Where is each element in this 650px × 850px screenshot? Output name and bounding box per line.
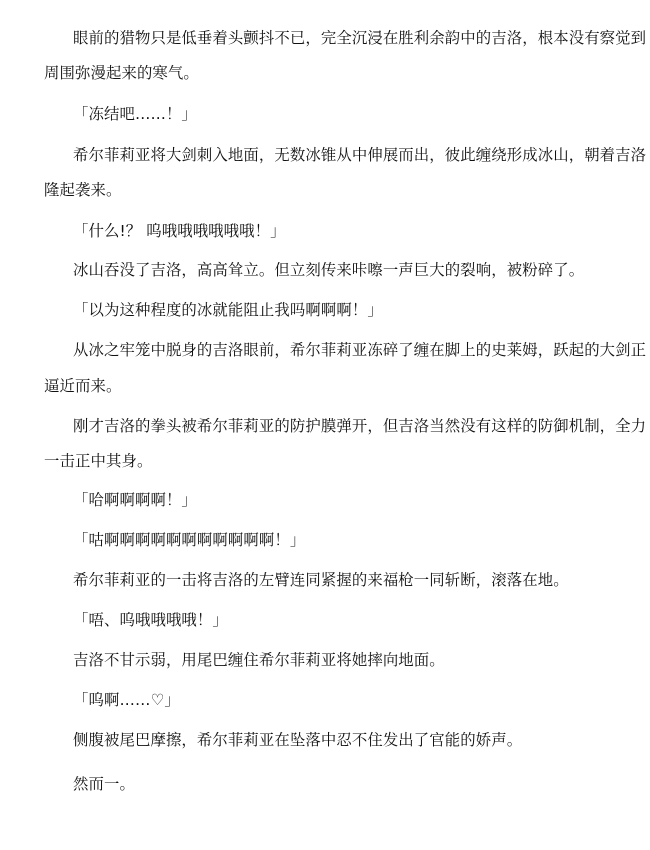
dialogue-line: 「什么!？ 呜哦哦哦哦哦哦！」: [73, 221, 638, 241]
dialogue-line: 「呜啊……♡」: [73, 690, 638, 710]
paragraph-line: 逼近而来。: [44, 376, 609, 396]
paragraph-line: 从冰之牢笼中脱身的吉洛眼前，希尔菲莉亚冻碎了缠在脚上的史莱姆，跃起的大剑正: [73, 340, 638, 360]
paragraph-line: 刚才吉洛的拳头被希尔菲莉亚的防护膜弹开，但吉洛当然没有这样的防御机制，全力: [73, 416, 638, 436]
dialogue-line: 「唔、呜哦哦哦哦！」: [73, 610, 638, 630]
paragraph-line: 吉洛不甘示弱，用尾巴缠住希尔菲莉亚将她摔向地面。: [73, 650, 638, 670]
paragraph-line: 眼前的猎物只是低垂着头颤抖不已，完全沉浸在胜利余韵中的吉洛，根本没有察觉到: [73, 28, 638, 48]
dialogue-line: 「咕啊啊啊啊啊啊啊啊啊啊啊！」: [73, 530, 638, 550]
dialogue-line: 「冻结吧……！」: [73, 104, 638, 124]
dialogue-line: 「哈啊啊啊啊！」: [73, 490, 638, 510]
paragraph-line: 周围弥漫起来的寒气。: [44, 63, 609, 83]
paragraph-line: 希尔菲莉亚将大剑刺入地面，无数冰锥从中伸展而出，彼此缠绕形成冰山，朝着吉洛: [73, 145, 638, 165]
paragraph-line: 希尔菲莉亚的一击将吉洛的左臂连同紧握的来福枪一同斩断，滚落在地。: [73, 570, 638, 590]
document-page: 眼前的猎物只是低垂着头颤抖不已，完全沉浸在胜利余韵中的吉洛，根本没有察觉到 周围…: [0, 0, 650, 850]
paragraph-line: 一击正中其身。: [44, 451, 609, 471]
paragraph-line: 然而一。: [73, 774, 638, 794]
paragraph-line: 侧腹被尾巴摩擦，希尔菲莉亚在坠落中忍不住发出了官能的娇声。: [73, 730, 638, 750]
paragraph-line: 冰山吞没了吉洛，高高耸立。但立刻传来咔嚓一声巨大的裂响，被粉碎了。: [73, 260, 638, 280]
paragraph-line: 隆起袭来。: [44, 180, 609, 200]
dialogue-line: 「以为这种程度的冰就能阻止我吗啊啊啊！」: [73, 300, 638, 320]
